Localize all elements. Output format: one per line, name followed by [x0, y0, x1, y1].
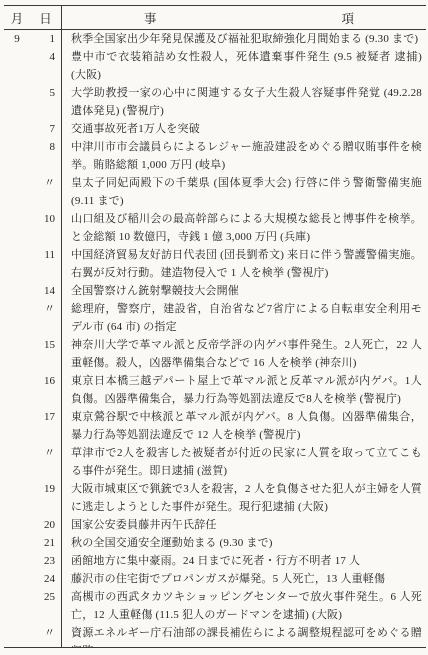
day-cell: 〃 [30, 624, 61, 648]
table-row: 10山口組及び稲川会の最高幹部らによる大規模な総長と博事件を検挙。と金総額 10… [4, 210, 426, 246]
table-row: 4豊中市で衣装箱詰め女性殺人，死体遺棄事件発生 (9.5 被疑者 逮捕) (大阪… [4, 48, 426, 84]
table-row: 91秋季全国家出少年発見保護及び福祉犯取締強化月間始まる (9.30 まで) [4, 30, 426, 48]
month-cell [4, 282, 30, 300]
month-cell [4, 138, 30, 174]
item-cell: 秋の全国交通安全運動始まる (9.30 まで) [61, 534, 426, 552]
month-cell [4, 84, 30, 120]
item-cell: 国家公安委員藤井丙午氏辞任 [61, 516, 426, 534]
month-cell [4, 624, 30, 648]
month-cell [4, 552, 30, 570]
header-item: 事 項 [61, 6, 426, 29]
item-cell: 藤沢市の住宅街でプロパンガスが爆発。5 人死亡，13 人重軽傷 [61, 570, 426, 588]
day-cell: 1 [30, 30, 61, 48]
table-header: 月 日 事 項 [4, 6, 426, 30]
table-body: 91秋季全国家出少年発見保護及び福祉犯取締強化月間始まる (9.30 まで)4豊… [4, 30, 426, 648]
table-row: 〃皇太子同妃両殿下の千葉県 (国体夏季大会) 行啓に伴う警衛警備実施 (9.11… [4, 174, 426, 210]
day-cell: 14 [30, 282, 61, 300]
item-cell: 全国警察けん銃射撃競技大会開催 [61, 282, 426, 300]
table-row: 11中国経済貿易友好訪日代表団 (団長劉希文) 来日に伴う警護警備実施。右翼が反… [4, 246, 426, 282]
day-cell: 25 [30, 588, 61, 624]
month-cell [4, 372, 30, 408]
month-cell [4, 444, 30, 480]
day-cell: 10 [30, 210, 61, 246]
table-row: 7交通事故死者1万人を突破 [4, 120, 426, 138]
table-row: 5大学助教授一家の心中に関連する女子大生殺人容疑事件発覚 (49.2.28 遺体… [4, 84, 426, 120]
month-cell [4, 516, 30, 534]
day-cell: 4 [30, 48, 61, 84]
day-cell: 7 [30, 120, 61, 138]
item-cell: 高槻市の西武タカツキショッピングセンターで放火事件発生。6 人死亡，12 人重軽… [61, 588, 426, 624]
item-cell: 秋季全国家出少年発見保護及び福祉犯取締強化月間始まる (9.30 まで) [61, 30, 426, 48]
chronology-table: 月 日 事 項 91秋季全国家出少年発見保護及び福祉犯取締強化月間始まる (9.… [4, 5, 426, 648]
day-cell: 15 [30, 336, 61, 372]
table-row: 16東京日本橋三越デパート屋上で革マル派と反革マル派が内ゲバ。1人負傷。凶器準備… [4, 372, 426, 408]
scanned-page: 月 日 事 項 91秋季全国家出少年発見保護及び福祉犯取締強化月間始まる (9.… [0, 0, 428, 655]
table-row: 19大阪市城東区で猟銃で3人を殺害，2 人を負傷させた犯人が主婦を人質に逃走しよ… [4, 480, 426, 516]
day-cell: 11 [30, 246, 61, 282]
month-cell [4, 534, 30, 552]
table-row: 〃総理府，警察庁，建設省，自治省など7省庁による自転車安全利用モデル市 (64 … [4, 300, 426, 336]
item-cell: 草津市で2人を殺害した被疑者が付近の民家に人質を取って立てこもる事件が発生。即日… [61, 444, 426, 480]
month-cell [4, 48, 30, 84]
table-row: 20国家公安委員藤井丙午氏辞任 [4, 516, 426, 534]
month-cell: 9 [4, 30, 30, 48]
table-row: 14全国警察けん銃射撃競技大会開催 [4, 282, 426, 300]
day-cell: 〃 [30, 174, 61, 210]
item-cell: 皇太子同妃両殿下の千葉県 (国体夏季大会) 行啓に伴う警衛警備実施 (9.11 … [61, 174, 426, 210]
month-cell [4, 336, 30, 372]
table-row: 8中津川市市会議員らによるレジャー施設建設をめぐる贈収賄事件を検挙。賄賂総額 1… [4, 138, 426, 174]
header-item-right-char: 項 [341, 9, 354, 27]
item-cell: 資源エネルギー庁石油部の課長補佐らによる調整規程認可をめぐる贈収賄 [61, 624, 426, 648]
month-cell [4, 300, 30, 336]
item-cell: 豊中市で衣装箱詰め女性殺人，死体遺棄事件発生 (9.5 被疑者 逮捕) (大阪) [61, 48, 426, 84]
month-cell [4, 120, 30, 138]
day-cell: 〃 [30, 300, 61, 336]
day-cell: 17 [30, 408, 61, 444]
item-cell: 中津川市市会議員らによるレジャー施設建設をめぐる贈収賄事件を検挙。賄賂総額 1,… [61, 138, 426, 174]
day-cell: 5 [30, 84, 61, 120]
table-row: 〃草津市で2人を殺害した被疑者が付近の民家に人質を取って立てこもる事件が発生。即… [4, 444, 426, 480]
day-cell: 8 [30, 138, 61, 174]
table-row: 21秋の全国交通安全運動始まる (9.30 まで) [4, 534, 426, 552]
month-cell [4, 174, 30, 210]
month-cell [4, 480, 30, 516]
item-cell: 山口組及び稲川会の最高幹部らによる大規模な総長と博事件を検挙。と金総額 10 数… [61, 210, 426, 246]
day-cell: 20 [30, 516, 61, 534]
month-cell [4, 570, 30, 588]
item-cell: 函館地方に集中豪雨。24 日までに死者・行方不明者 17 人 [61, 552, 426, 570]
table-row: 15神奈川大学で革マル派と反帝学評の内ゲバ事件発生。2人死亡，22 人重軽傷。殺… [4, 336, 426, 372]
table-row: 25高槻市の西武タカツキショッピングセンターで放火事件発生。6 人死亡，12 人… [4, 588, 426, 624]
item-cell: 神奈川大学で革マル派と反帝学評の内ゲバ事件発生。2人死亡，22 人重軽傷。殺人，… [61, 336, 426, 372]
table-row: 〃資源エネルギー庁石油部の課長補佐らによる調整規程認可をめぐる贈収賄 [4, 624, 426, 648]
day-cell: 23 [30, 552, 61, 570]
header-month: 月 [4, 9, 30, 27]
item-cell: 大学助教授一家の心中に関連する女子大生殺人容疑事件発覚 (49.2.28 遺体発… [61, 84, 426, 120]
day-cell: 24 [30, 570, 61, 588]
item-cell: 中国経済貿易友好訪日代表団 (団長劉希文) 来日に伴う警護警備実施。右翼が反対行… [61, 246, 426, 282]
item-cell: 大阪市城東区で猟銃で3人を殺害，2 人を負傷させた犯人が主婦を人質に逃走しようと… [61, 480, 426, 516]
month-cell [4, 408, 30, 444]
day-cell: 19 [30, 480, 61, 516]
month-cell [4, 210, 30, 246]
item-cell: 東京鶯谷駅で中核派と革マル派が内ゲバ。8 人負傷。凶器準備集合，暴力行為等処罰法… [61, 408, 426, 444]
item-cell: 交通事故死者1万人を突破 [61, 120, 426, 138]
item-cell: 総理府，警察庁，建設省，自治省など7省庁による自転車安全利用モデル市 (64 市… [61, 300, 426, 336]
table-row: 17東京鶯谷駅で中核派と革マル派が内ゲバ。8 人負傷。凶器準備集合，暴力行為等処… [4, 408, 426, 444]
day-cell: 21 [30, 534, 61, 552]
day-cell: 〃 [30, 444, 61, 480]
header-item-left-char: 事 [144, 9, 157, 27]
month-cell [4, 246, 30, 282]
table-row: 23函館地方に集中豪雨。24 日までに死者・行方不明者 17 人 [4, 552, 426, 570]
header-day: 日 [30, 9, 61, 27]
month-cell [4, 588, 30, 624]
table-row: 24藤沢市の住宅街でプロパンガスが爆発。5 人死亡，13 人重軽傷 [4, 570, 426, 588]
day-cell: 16 [30, 372, 61, 408]
item-cell: 東京日本橋三越デパート屋上で革マル派と反革マル派が内ゲバ。1人負傷。凶器準備集合… [61, 372, 426, 408]
